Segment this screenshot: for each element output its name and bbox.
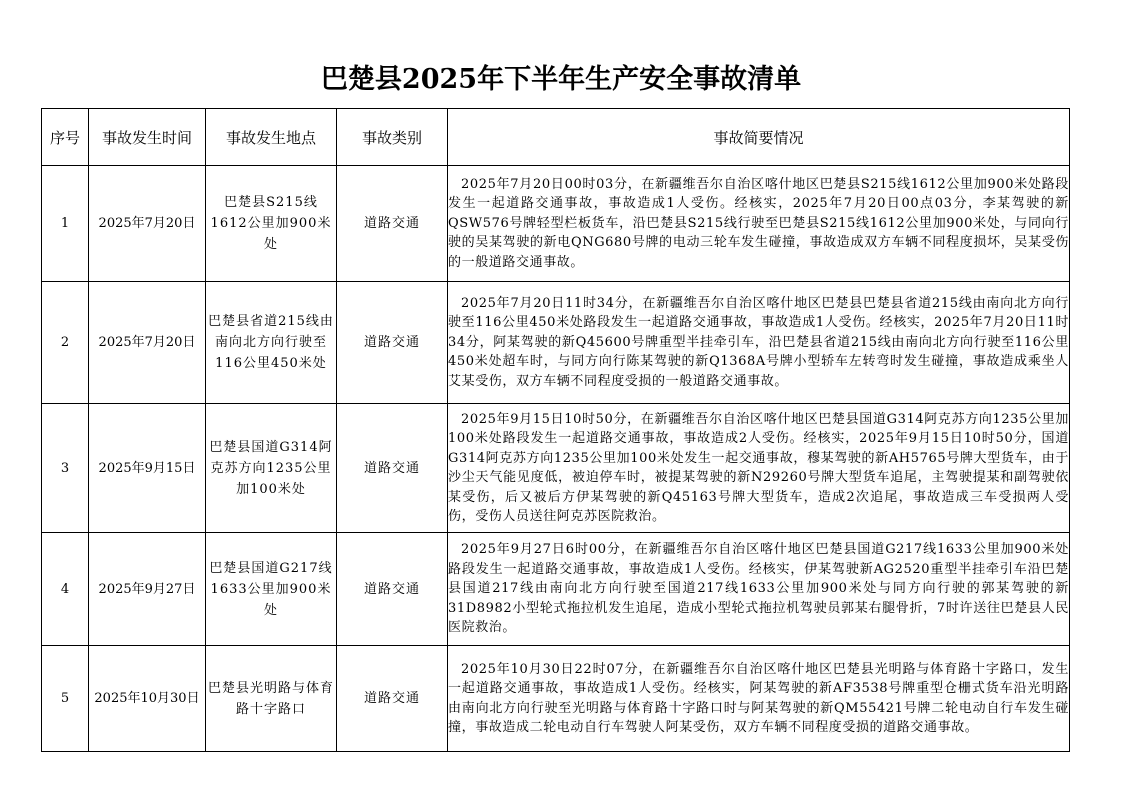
cell-location: 巴楚县S215线1612公里加900米处 bbox=[206, 166, 337, 282]
table-header-row: 序号 事故发生时间 事故发生地点 事故类别 事故简要情况 bbox=[42, 109, 1070, 166]
cell-no: 2 bbox=[42, 282, 89, 404]
cell-summary: 2025年7月20日11时34分，在新疆维吾尔自治区喀什地区巴楚县巴楚县省道21… bbox=[448, 282, 1070, 404]
cell-location: 巴楚县光明路与体育路十字路口 bbox=[206, 646, 337, 752]
cell-date: 2025年7月20日 bbox=[89, 166, 206, 282]
table-row: 3 2025年9月15日 巴楚县国道G314阿克苏方向1235公里加100米处 … bbox=[42, 404, 1070, 533]
header-category: 事故类别 bbox=[337, 109, 448, 166]
table-row: 4 2025年9月27日 巴楚县国道G217线1633公里加900米处 道路交通… bbox=[42, 533, 1070, 646]
cell-category: 道路交通 bbox=[337, 282, 448, 404]
cell-category: 道路交通 bbox=[337, 404, 448, 533]
accident-list-table: 序号 事故发生时间 事故发生地点 事故类别 事故简要情况 1 2025年7月20… bbox=[41, 108, 1070, 752]
cell-category: 道路交通 bbox=[337, 533, 448, 646]
cell-category: 道路交通 bbox=[337, 646, 448, 752]
cell-date: 2025年9月27日 bbox=[89, 533, 206, 646]
cell-location: 巴楚县国道G217线1633公里加900米处 bbox=[206, 533, 337, 646]
cell-no: 4 bbox=[42, 533, 89, 646]
cell-location: 巴楚县国道G314阿克苏方向1235公里加100米处 bbox=[206, 404, 337, 533]
cell-summary: 2025年9月27日6时00分，在新疆维吾尔自治区喀什地区巴楚县国道G217线1… bbox=[448, 533, 1070, 646]
document-title: 巴楚县2025年下半年生产安全事故清单 bbox=[0, 60, 1122, 100]
header-summary: 事故简要情况 bbox=[448, 109, 1070, 166]
cell-location: 巴楚县省道215线由南向北方向行驶至116公里450米处 bbox=[206, 282, 337, 404]
table-row: 1 2025年7月20日 巴楚县S215线1612公里加900米处 道路交通 2… bbox=[42, 166, 1070, 282]
cell-no: 5 bbox=[42, 646, 89, 752]
cell-no: 1 bbox=[42, 166, 89, 282]
cell-summary: 2025年10月30日22时07分，在新疆维吾尔自治区喀什地区巴楚县光明路与体育… bbox=[448, 646, 1070, 752]
summary-text: 2025年7月20日00时03分，在新疆维吾尔自治区喀什地区巴楚县S215线16… bbox=[448, 175, 1069, 273]
summary-text: 2025年9月15日10时50分，在新疆维吾尔自治区喀什地区巴楚县国道G314阿… bbox=[448, 410, 1069, 527]
table-row: 5 2025年10月30日 巴楚县光明路与体育路十字路口 道路交通 2025年1… bbox=[42, 646, 1070, 752]
header-location: 事故发生地点 bbox=[206, 109, 337, 166]
cell-date: 2025年7月20日 bbox=[89, 282, 206, 404]
table-row: 2 2025年7月20日 巴楚县省道215线由南向北方向行驶至116公里450米… bbox=[42, 282, 1070, 404]
cell-summary: 2025年7月20日00时03分，在新疆维吾尔自治区喀什地区巴楚县S215线16… bbox=[448, 166, 1070, 282]
summary-text: 2025年10月30日22时07分，在新疆维吾尔自治区喀什地区巴楚县光明路与体育… bbox=[448, 660, 1069, 738]
cell-date: 2025年9月15日 bbox=[89, 404, 206, 533]
cell-category: 道路交通 bbox=[337, 166, 448, 282]
cell-no: 3 bbox=[42, 404, 89, 533]
cell-date: 2025年10月30日 bbox=[89, 646, 206, 752]
summary-text: 2025年7月20日11时34分，在新疆维吾尔自治区喀什地区巴楚县巴楚县省道21… bbox=[448, 294, 1069, 392]
header-date: 事故发生时间 bbox=[89, 109, 206, 166]
cell-summary: 2025年9月15日10时50分，在新疆维吾尔自治区喀什地区巴楚县国道G314阿… bbox=[448, 404, 1070, 533]
summary-text: 2025年9月27日6时00分，在新疆维吾尔自治区喀什地区巴楚县国道G217线1… bbox=[448, 540, 1069, 638]
header-no: 序号 bbox=[42, 109, 89, 166]
